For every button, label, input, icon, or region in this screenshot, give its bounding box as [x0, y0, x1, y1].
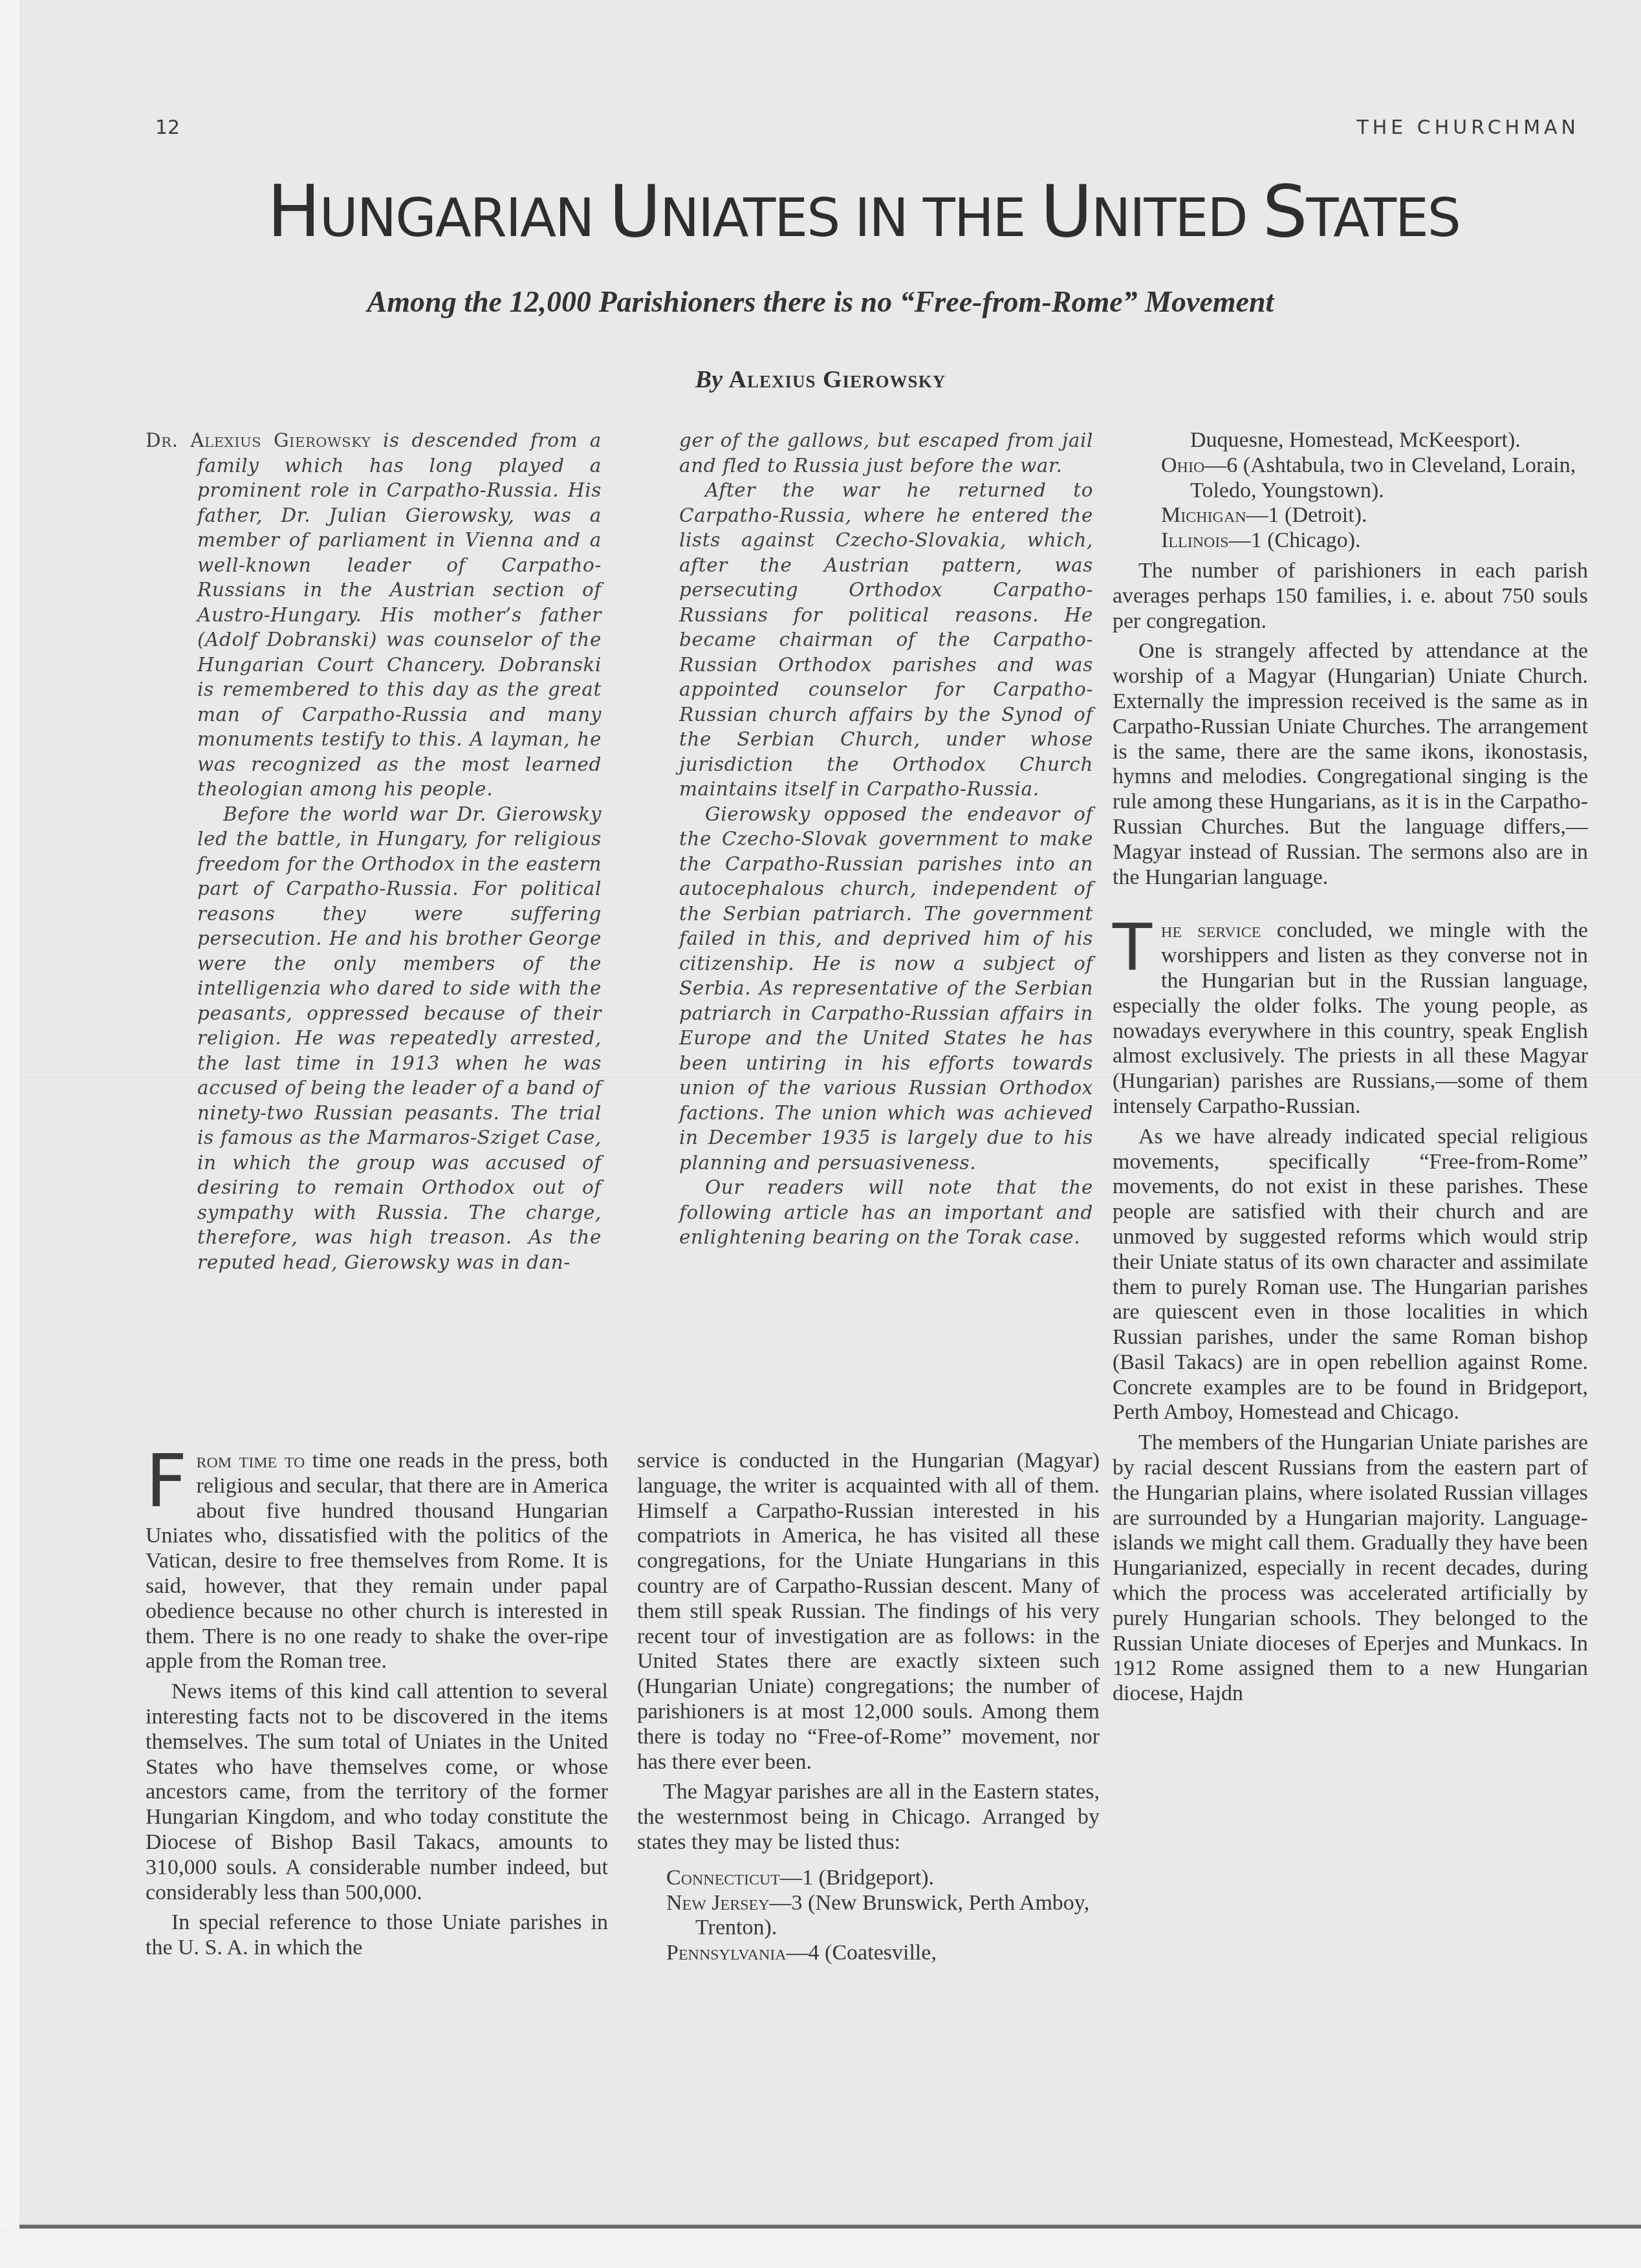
body-paragraph: The service concluded, we mingle with th… — [1113, 918, 1588, 1119]
byline-prefix: By — [695, 366, 723, 393]
intro-paragraph: ger of the gallows, but escaped from jai… — [679, 428, 1093, 478]
body-paragraph: In special reference to those Uniate par… — [146, 1910, 608, 1961]
intro-paragraph: Gierowsky opposed the endeavor of the Cz… — [679, 802, 1093, 1176]
article-subtitle: Among the 12,000 Parishioners there is n… — [0, 285, 1641, 319]
state-list-item: New Jersey—3 (New Brunswick, Perth Amboy… — [637, 1891, 1100, 1941]
body-paragraph: News items of this kind call attention t… — [146, 1679, 608, 1905]
state-list-item: Pennsylvania—4 (Coatesville, — [637, 1941, 1100, 1966]
body-paragraph: The members of the Hungarian Uniate pari… — [1113, 1431, 1588, 1707]
body-paragraph: From time to time one reads in the press… — [146, 1449, 608, 1674]
state-list-item-continued: Duquesne, Homestead, McKeesport). — [1113, 428, 1588, 453]
state-list: Connecticut—1 (Bridgeport). New Jersey—3… — [637, 1866, 1100, 1966]
intro-middle-column: ger of the gallows, but escaped from jai… — [679, 428, 1093, 1250]
scan-background-edge — [0, 0, 19, 2268]
byline: By Alexius Gierowsky — [0, 365, 1641, 394]
body-paragraph: One is strangely affected by attendance … — [1113, 639, 1588, 890]
intro-left-column: Dr. Alexius Gierowsky is descended from … — [146, 428, 602, 1275]
body-paragraph: The Magyar parishes are all in the Easte… — [637, 1780, 1100, 1855]
drop-cap: T — [1113, 922, 1152, 974]
journal-name: THE CHURCHMAN — [1356, 116, 1580, 139]
body-paragraph: service is conducted in the Hungarian (M… — [637, 1449, 1100, 1775]
author-name: Alexius Gierowsky — [729, 366, 946, 393]
intro-paragraph: Our readers will note that the following… — [679, 1175, 1093, 1250]
intro-paragraph: Before the world war Dr. Gierowsky led t… — [146, 802, 602, 1275]
intro-paragraph: After the war he returned to Carpatho-Ru… — [679, 478, 1093, 802]
drop-cap: F — [146, 1453, 187, 1511]
page-number: 12 — [155, 116, 180, 139]
state-list-item: Ohio—6 (Ashtabula, two in Cleveland, Lor… — [1113, 453, 1588, 504]
intro-lead-name: Dr. Alexius Gierowsky — [146, 429, 371, 451]
body-left-column: From time to time one reads in the press… — [146, 1449, 608, 1961]
scan-background-bottom — [0, 2229, 1641, 2268]
state-list-item: Connecticut—1 (Bridgeport). — [637, 1866, 1100, 1891]
body-middle-column: service is conducted in the Hungarian (M… — [637, 1449, 1100, 1966]
state-list-continued: Duquesne, Homestead, McKeesport). Ohio—6… — [1113, 428, 1588, 554]
body-right-column: Duquesne, Homestead, McKeesport). Ohio—6… — [1113, 428, 1588, 1707]
body-paragraph: As we have already indicated special rel… — [1113, 1125, 1588, 1426]
body-paragraph: The number of parishioners in each paris… — [1113, 559, 1588, 634]
article-title: HUNGARIAN UNIATES IN THE UNITED STATES — [139, 169, 1588, 261]
intro-paragraph: Dr. Alexius Gierowsky is descended from … — [146, 428, 602, 802]
state-list-item: Michigan—1 (Detroit). — [1113, 503, 1588, 528]
state-list-item: Illinois—1 (Chicago). — [1113, 528, 1588, 554]
